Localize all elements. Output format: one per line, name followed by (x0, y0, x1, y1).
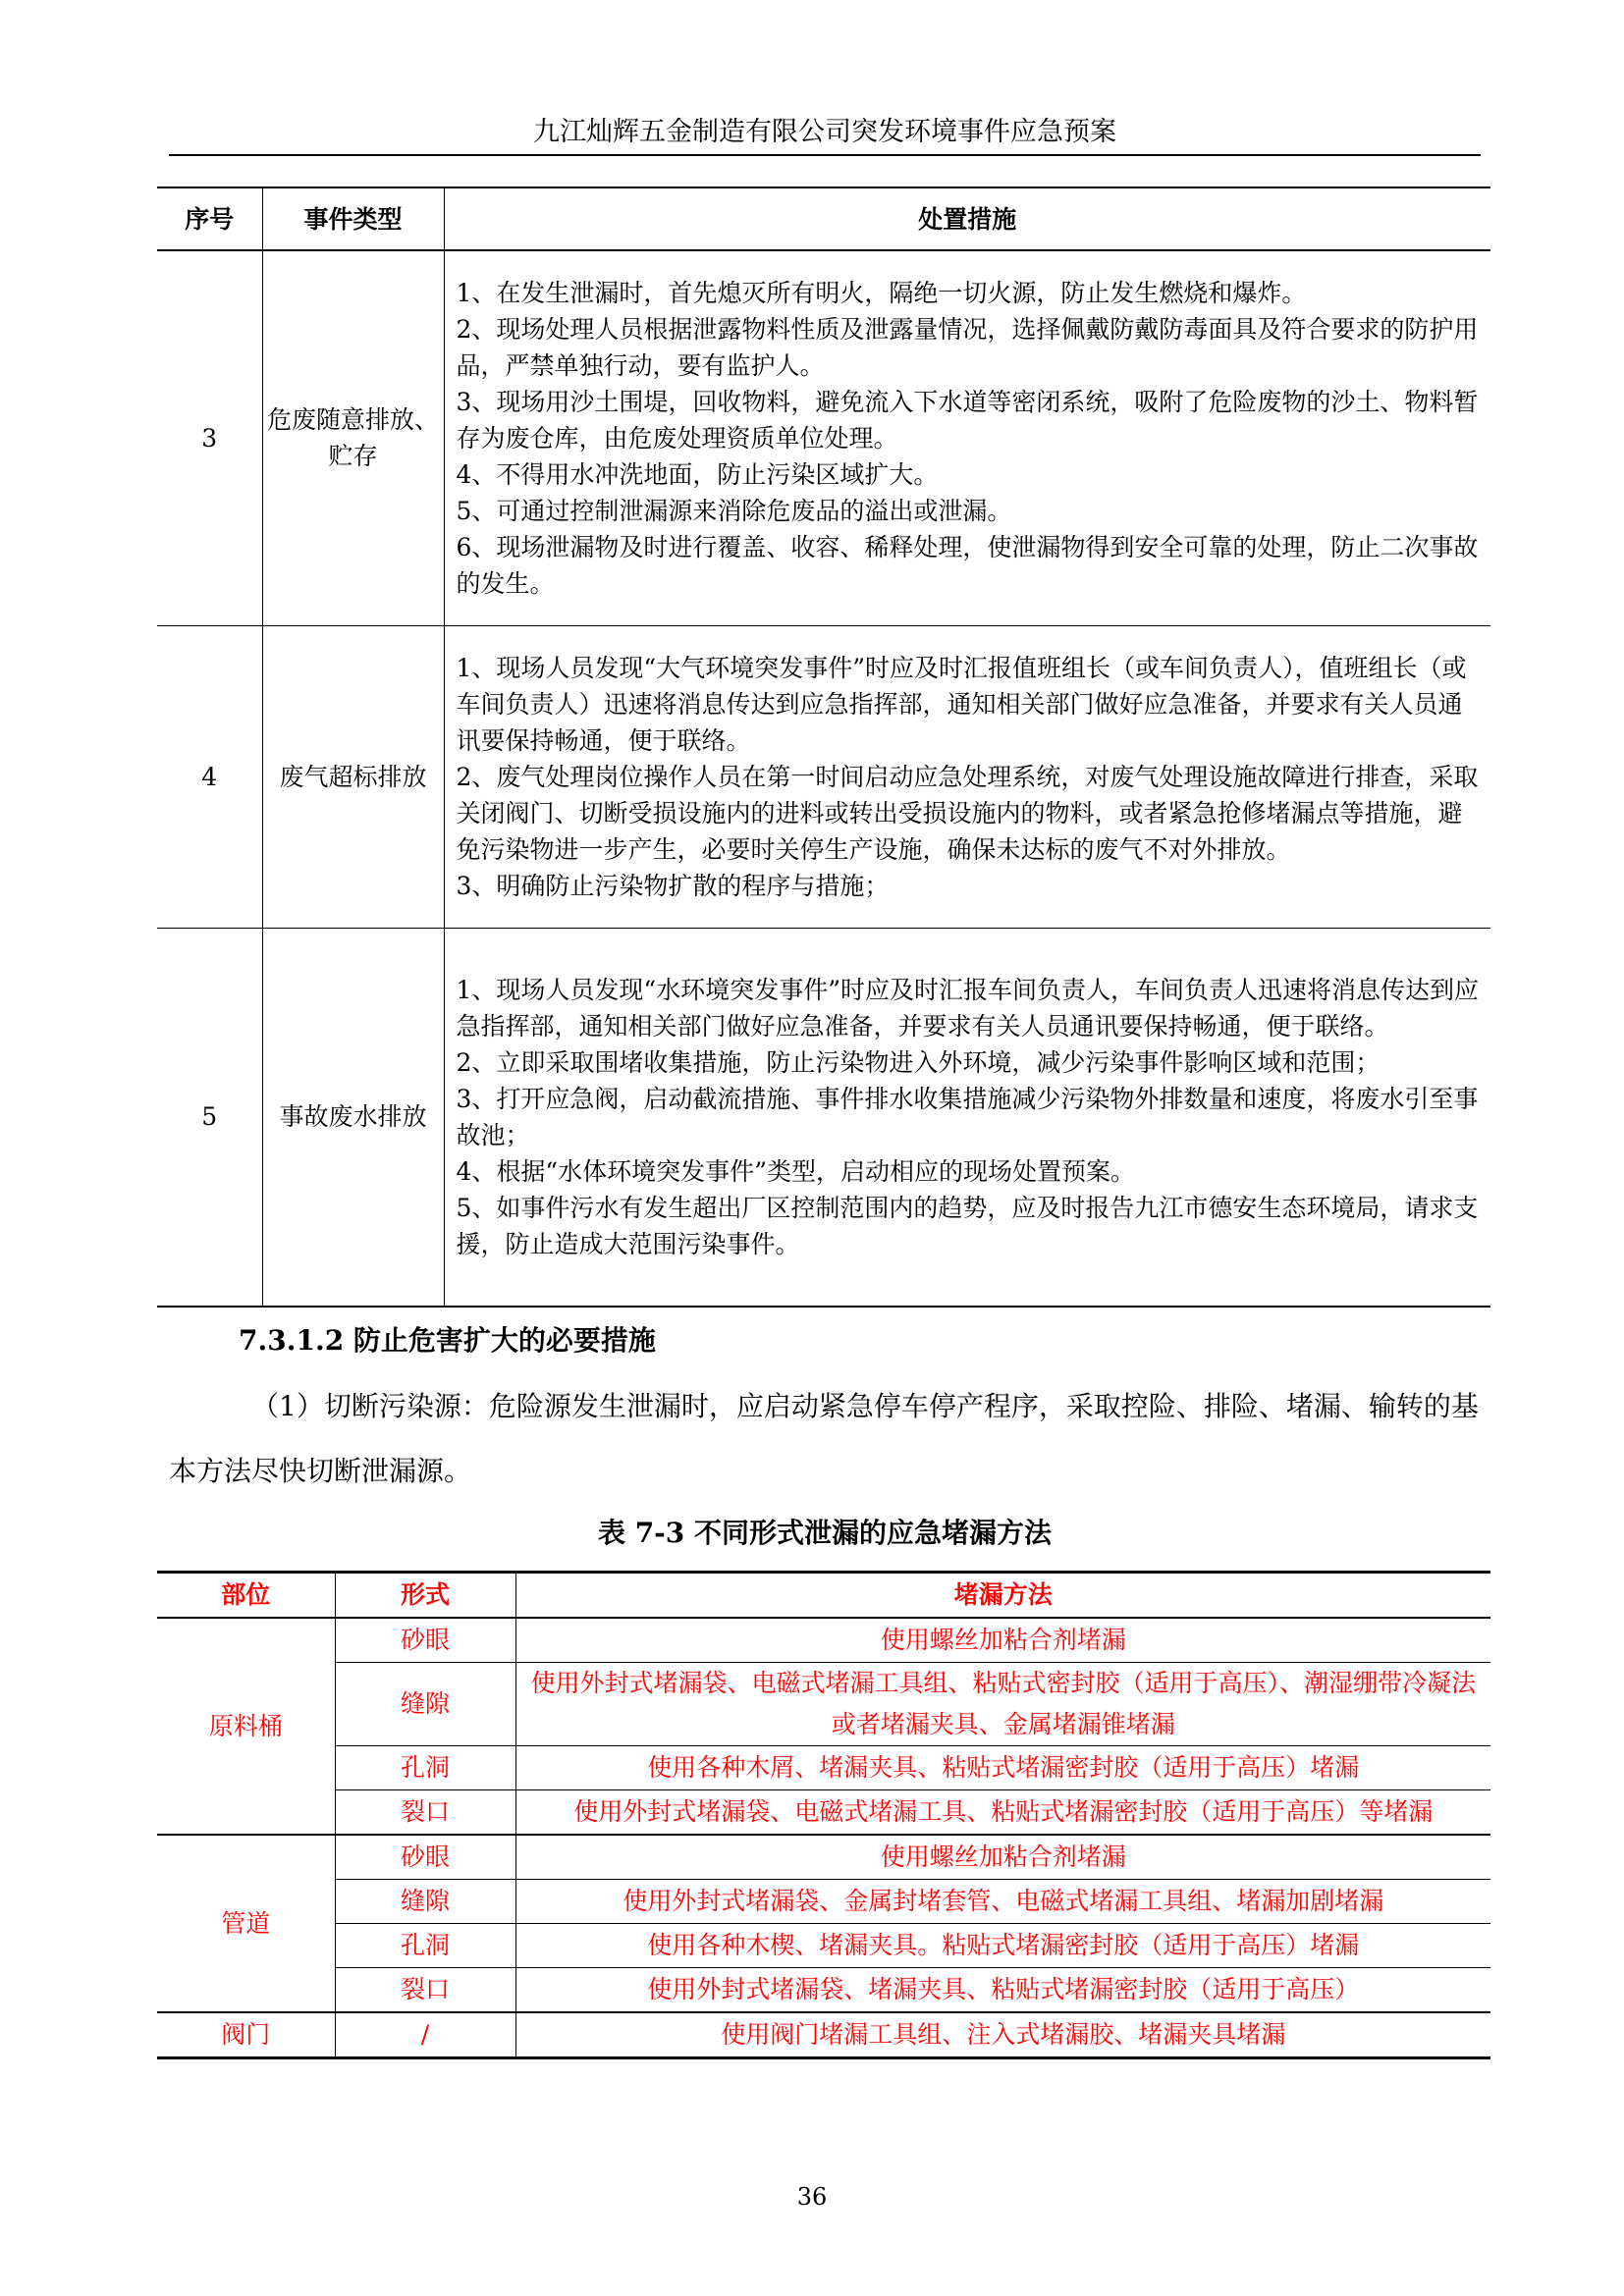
form-cell: 缝隙 (335, 1663, 515, 1746)
form-cell: 缝隙 (335, 1880, 515, 1924)
form-cell: 孔洞 (335, 1924, 515, 1968)
measure-item: 3、明确防止污染物扩散的程序与措施； (457, 868, 1484, 904)
table-header-row: 部位 形式 堵漏方法 (157, 1573, 1490, 1619)
location-cell: 原料桶 (157, 1618, 335, 1835)
row-number: 4 (157, 625, 262, 928)
table-row: 5 事故废水排放 1、现场人员发现“水环境突发事件”时应及时汇报车间负责人，车间… (157, 928, 1490, 1307)
measure-item: 1、在发生泄漏时，首先熄灭所有明火，隔绝一切火源，防止发生燃烧和爆炸。 (457, 275, 1484, 311)
measure-item: 2、立即采取围堵收集措施，防止污染物进入外环境，减少污染事件影响区域和范围； (457, 1044, 1484, 1081)
table-row: 缝隙 使用外封式堵漏袋、电磁式堵漏工具组、粘贴式密封胶（适用于高压）、潮湿绷带冷… (157, 1663, 1490, 1746)
document-header-title: 九江灿辉五金制造有限公司突发环境事件应急预案 (169, 116, 1481, 149)
row-number: 5 (157, 928, 262, 1307)
body-paragraph: （1）切断污染源：危险源发生泄漏时，应启动紧急停车停产程序，采取控险、排险、堵漏… (169, 1374, 1481, 1504)
method-cell: 使用阀门堵漏工具组、注入式堵漏胶、堵漏夹具堵漏 (515, 2012, 1490, 2058)
event-type: 事故废水排放 (262, 928, 444, 1307)
form-cell: 裂口 (335, 1790, 515, 1836)
row-number: 3 (157, 250, 262, 625)
method-cell: 使用螺丝加粘合剂堵漏 (515, 1618, 1490, 1663)
table-row: 3 危废随意排放、贮存 1、在发生泄漏时，首先熄灭所有明火，隔绝一切火源，防止发… (157, 250, 1490, 625)
measure-item: 3、现场用沙土围堤，回收物料，避免流入下水道等密闭系统，吸附了危险废物的沙土、物… (457, 384, 1484, 456)
form-cell: 砂眼 (335, 1835, 515, 1880)
location-cell: 阀门 (157, 2012, 335, 2058)
table-row: 缝隙 使用外封式堵漏袋、金属封堵套管、电磁式堵漏工具组、堵漏加剧堵漏 (157, 1880, 1490, 1924)
measure-item: 4、根据“水体环境突发事件”类型，启动相应的现场处置预案。 (457, 1153, 1484, 1190)
method-cell: 使用外封式堵漏袋、电磁式堵漏工具、粘贴式堵漏密封胶（适用于高压）等堵漏 (515, 1790, 1490, 1836)
measure-item: 1、现场人员发现“水环境突发事件”时应及时汇报车间负责人，车间负责人迅速将消息传… (457, 972, 1484, 1044)
table-row: 管道 砂眼 使用螺丝加粘合剂堵漏 (157, 1835, 1490, 1880)
leak-plugging-methods-table: 部位 形式 堵漏方法 原料桶 砂眼 使用螺丝加粘合剂堵漏 缝隙 使用外封式堵漏袋… (157, 1571, 1490, 2059)
table-row: 孔洞 使用各种木屑、堵漏夹具、粘贴式堵漏密封胶（适用于高压）堵漏 (157, 1746, 1490, 1790)
table-row: 裂口 使用外封式堵漏袋、电磁式堵漏工具、粘贴式堵漏密封胶（适用于高压）等堵漏 (157, 1790, 1490, 1836)
method-cell: 使用外封式堵漏袋、电磁式堵漏工具组、粘贴式密封胶（适用于高压）、潮湿绷带冷凝法或… (515, 1663, 1490, 1746)
method-cell: 使用外封式堵漏袋、金属封堵套管、电磁式堵漏工具组、堵漏加剧堵漏 (515, 1880, 1490, 1924)
column-header-measures: 处置措施 (444, 187, 1490, 250)
measures-cell: 1、现场人员发现“大气环境突发事件”时应及时汇报值班组长（或车间负责人），值班组… (444, 625, 1490, 928)
table-caption: 表 7-3 不同形式泄漏的应急堵漏方法 (169, 1514, 1481, 1553)
method-cell: 使用各种木屑、堵漏夹具、粘贴式堵漏密封胶（适用于高压）堵漏 (515, 1746, 1490, 1790)
page-number: 36 (0, 2183, 1624, 2211)
table-header-row: 序号 事件类型 处置措施 (157, 187, 1490, 250)
method-cell: 使用螺丝加粘合剂堵漏 (515, 1835, 1490, 1880)
measure-item: 4、不得用水冲洗地面，防止污染区域扩大。 (457, 456, 1484, 493)
measure-item: 2、现场处理人员根据泄露物料性质及泄露量情况，选择佩戴防戴防毒面具及符合要求的防… (457, 311, 1484, 384)
column-header-no: 序号 (157, 187, 262, 250)
measure-item: 2、废气处理岗位操作人员在第一时间启动应急处理系统，对废气处理设施故障进行排查，… (457, 759, 1484, 868)
measure-item: 5、如事件污水有发生超出厂区控制范围内的趋势，应及时报告九江市德安生态环境局，请… (457, 1190, 1484, 1262)
table-row: 4 废气超标排放 1、现场人员发现“大气环境突发事件”时应及时汇报值班组长（或车… (157, 625, 1490, 928)
form-cell: 砂眼 (335, 1618, 515, 1663)
column-header-location: 部位 (157, 1573, 335, 1619)
method-cell: 使用各种木楔、堵漏夹具。粘贴式堵漏密封胶（适用于高压）堵漏 (515, 1924, 1490, 1968)
column-header-form: 形式 (335, 1573, 515, 1619)
measures-cell: 1、现场人员发现“水环境突发事件”时应及时汇报车间负责人，车间负责人迅速将消息传… (444, 928, 1490, 1307)
measure-item: 1、现场人员发现“大气环境突发事件”时应及时汇报值班组长（或车间负责人），值班组… (457, 650, 1484, 759)
header-divider (169, 154, 1481, 156)
table-row: 原料桶 砂眼 使用螺丝加粘合剂堵漏 (157, 1618, 1490, 1663)
event-type: 危废随意排放、贮存 (262, 250, 444, 625)
column-header-event-type: 事件类型 (262, 187, 444, 250)
measure-item: 3、打开应急阀，启动截流措施、事件排水收集措施减少污染物外排数量和速度，将废水引… (457, 1081, 1484, 1153)
location-cell: 管道 (157, 1835, 335, 2012)
measure-item: 5、可通过控制泄漏源来消除危废品的溢出或泄漏。 (457, 493, 1484, 529)
form-cell: / (335, 2012, 515, 2058)
table-row: 孔洞 使用各种木楔、堵漏夹具。粘贴式堵漏密封胶（适用于高压）堵漏 (157, 1924, 1490, 1968)
measures-cell: 1、在发生泄漏时，首先熄灭所有明火，隔绝一切火源，防止发生燃烧和爆炸。 2、现场… (444, 250, 1490, 625)
column-header-method: 堵漏方法 (515, 1573, 1490, 1619)
table-row: 阀门 / 使用阀门堵漏工具组、注入式堵漏胶、堵漏夹具堵漏 (157, 2012, 1490, 2058)
event-type: 废气超标排放 (262, 625, 444, 928)
table-row: 裂口 使用外封式堵漏袋、堵漏夹具、粘贴式堵漏密封胶（适用于高压） (157, 1968, 1490, 2013)
method-cell: 使用外封式堵漏袋、堵漏夹具、粘贴式堵漏密封胶（适用于高压） (515, 1968, 1490, 2013)
form-cell: 裂口 (335, 1968, 515, 2013)
measure-item: 6、现场泄漏物及时进行覆盖、收容、稀释处理，使泄漏物得到安全可靠的处理，防止二次… (457, 529, 1484, 602)
emergency-measures-table: 序号 事件类型 处置措施 3 危废随意排放、贮存 1、在发生泄漏时，首先熄灭所有… (157, 187, 1490, 1308)
section-heading: 7.3.1.2 防止危害扩大的必要措施 (239, 1321, 656, 1361)
form-cell: 孔洞 (335, 1746, 515, 1790)
